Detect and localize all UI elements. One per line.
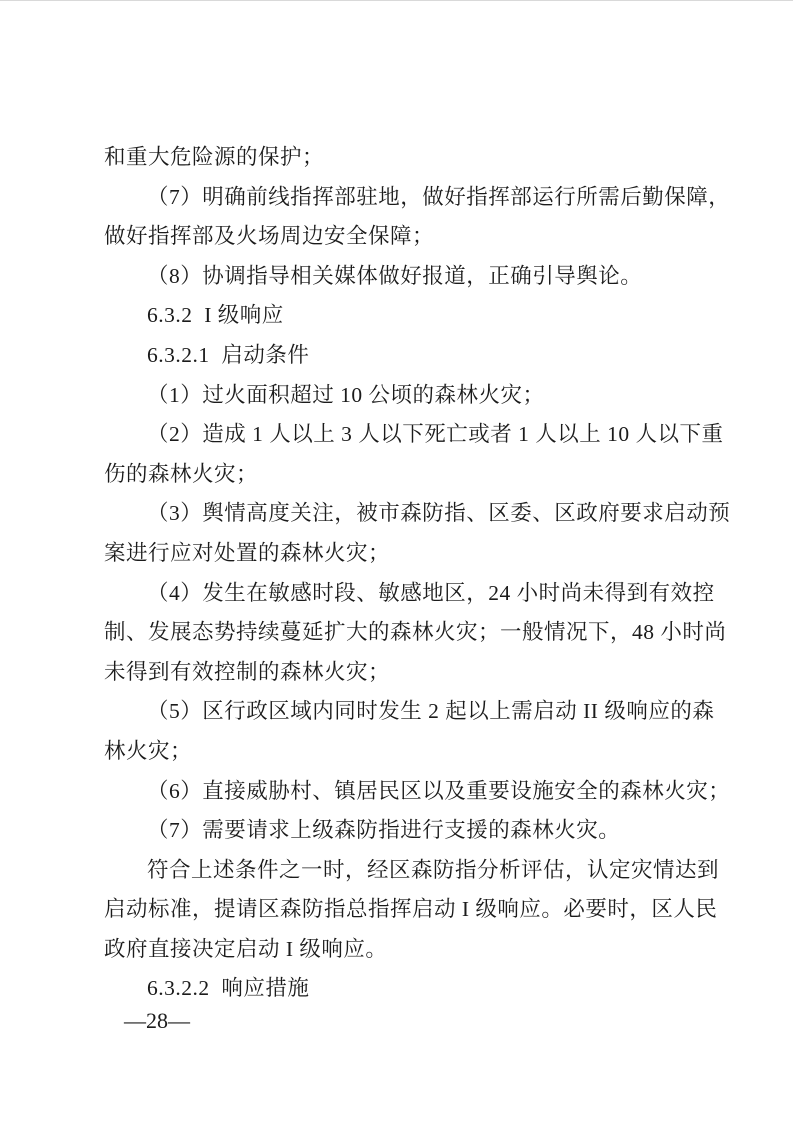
document-body: 和重大危险源的保护；（7）明确前线指挥部驻地，做好指挥部运行所需后勤保障，做好指… <box>104 138 716 1009</box>
document-line: （7）需要请求上级森防指进行支援的森林火灾。 <box>104 811 716 851</box>
document-line: （1）过火面积超过 10 公顷的森林火灾； <box>104 376 716 416</box>
document-line: （6）直接威胁村、镇居民区以及重要设施安全的森林火灾； <box>104 772 716 812</box>
document-line: 6.3.2.2 响应措施 <box>104 969 716 1009</box>
document-line: 6.3.2.1 启动条件 <box>104 336 716 376</box>
document-line: 符合上述条件之一时，经区森防指分析评估，认定灾情达到 <box>104 851 716 891</box>
document-line: （8）协调指导相关媒体做好报道，正确引导舆论。 <box>104 257 716 297</box>
document-line: 6.3.2 I 级响应 <box>104 296 716 336</box>
page-top-edge <box>0 0 793 1</box>
document-line: 启动标准，提请区森防指总指挥启动 I 级响应。必要时，区人民 <box>104 890 716 930</box>
document-line: 案进行应对处置的森林火灾； <box>104 534 716 574</box>
document-line: 和重大危险源的保护； <box>104 138 716 178</box>
document-line: 制、发展态势持续蔓延扩大的森林火灾；一般情况下，48 小时尚 <box>104 613 716 653</box>
document-line: 未得到有效控制的森林火灾； <box>104 653 716 693</box>
document-line: （7）明确前线指挥部驻地，做好指挥部运行所需后勤保障， <box>104 178 716 218</box>
document-line: 做好指挥部及火场周边安全保障； <box>104 217 716 257</box>
document-line: 政府直接决定启动 I 级响应。 <box>104 930 716 970</box>
document-line: （5）区行政区域内同时发生 2 起以上需启动 II 级响应的森 <box>104 692 716 732</box>
document-line: （3）舆情高度关注，被市森防指、区委、区政府要求启动预 <box>104 494 716 534</box>
document-line: 伤的森林火灾； <box>104 455 716 495</box>
document-line: （2）造成 1 人以上 3 人以下死亡或者 1 人以上 10 人以下重 <box>104 415 716 455</box>
page-number: —28— <box>124 1008 190 1034</box>
document-page: 和重大危险源的保护；（7）明确前线指挥部驻地，做好指挥部运行所需后勤保障，做好指… <box>0 0 793 1122</box>
document-line: （4）发生在敏感时段、敏感地区，24 小时尚未得到有效控 <box>104 574 716 614</box>
document-line: 林火灾； <box>104 732 716 772</box>
